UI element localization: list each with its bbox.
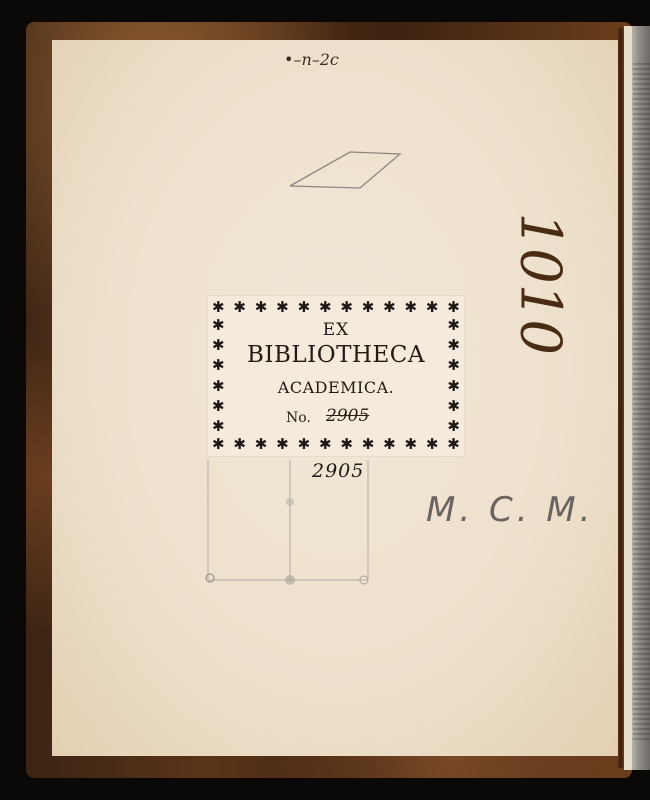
bookplate-bibliotheca: BIBLIOTHECA (208, 342, 464, 368)
pencil-rhombus-sketch (280, 140, 410, 200)
pencil-grid-sketch (200, 456, 380, 596)
bookplate-struck-number: 2905 (326, 406, 369, 426)
bookplate-ex: EX (208, 320, 464, 340)
pencil-initials: M. C. M. (426, 490, 594, 530)
star-border-bottom: ✱✱✱✱✱✱✱✱✱✱✱✱ (212, 437, 460, 452)
engraved-frontispiece-edge (633, 60, 650, 740)
handwritten-rotated-number: 1010 (508, 213, 573, 353)
star-border-top: ✱✱✱✱✱✱✱✱✱✱✱✱ (212, 300, 460, 315)
bookplate-number-label: No. (286, 410, 311, 426)
bookplate: ✱✱✱✱✱✱✱✱✱✱✱✱ ✱✱✱✱✱✱ ✱✱✱✱✱✱ ✱✱✱✱✱✱✱✱✱✱✱✱ … (208, 296, 464, 456)
bookplate-academica: ACADEMICA. (208, 378, 464, 397)
handwritten-top-mark: •–n–2c (284, 50, 339, 69)
